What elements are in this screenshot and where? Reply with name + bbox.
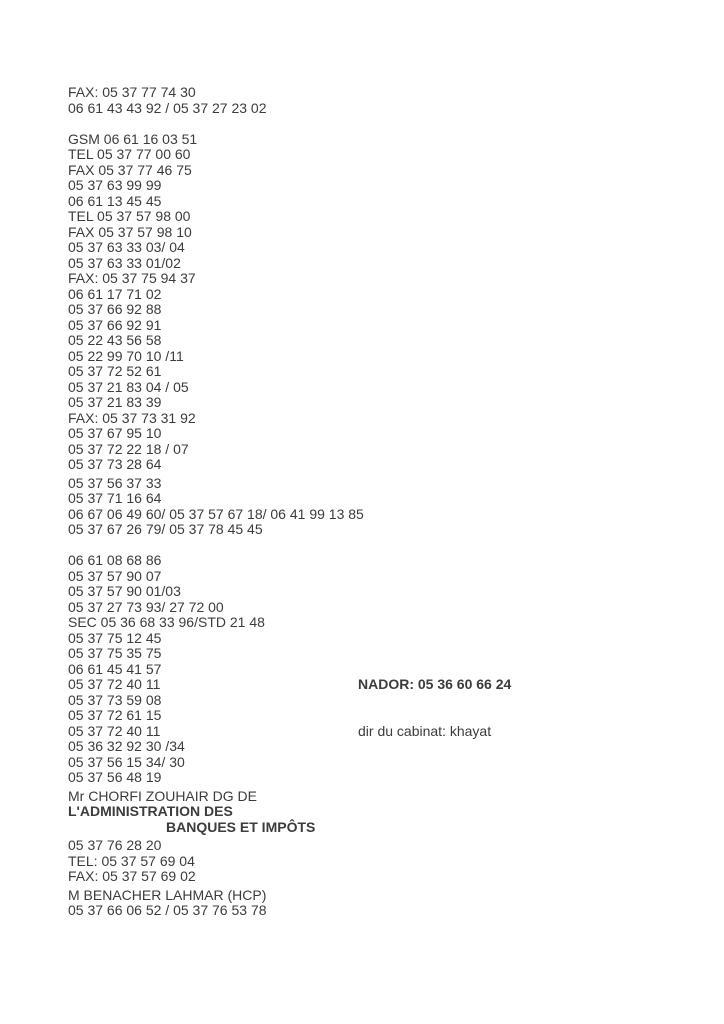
text-line: 06 61 45 41 57 bbox=[68, 662, 698, 678]
text-line: 05 37 27 73 93/ 27 72 00 bbox=[68, 600, 698, 616]
text-line: 05 37 75 35 75 bbox=[68, 646, 698, 662]
text-line-label: 06 61 17 71 02 bbox=[68, 286, 161, 302]
text-line: L'ADMINISTRATION DES bbox=[68, 804, 698, 820]
text-line: 05 37 72 40 11dir du cabinat: khayat bbox=[68, 724, 698, 740]
text-line: 05 37 66 06 52 / 05 37 76 53 78 bbox=[68, 903, 698, 919]
text-line: FAX: 05 37 77 74 30 bbox=[68, 85, 698, 101]
text-line-label: 05 37 75 12 45 bbox=[68, 630, 161, 646]
right-note: NADOR: 05 36 60 66 24 bbox=[358, 677, 511, 693]
text-line-label: 05 37 63 99 99 bbox=[68, 177, 161, 193]
text-line: SEC 05 36 68 33 96/STD 21 48 bbox=[68, 615, 698, 631]
text-line-label: FAX: 05 37 73 31 92 bbox=[68, 410, 196, 426]
text-line: Mr CHORFI ZOUHAIR DG DE bbox=[68, 789, 698, 805]
text-line: M BENACHER LAHMAR (HCP) bbox=[68, 888, 698, 904]
text-line: BANQUES ET IMPÔTS bbox=[68, 820, 698, 836]
text-line: 05 37 63 33 01/02 bbox=[68, 256, 698, 272]
text-line-label: 05 37 57 90 07 bbox=[68, 568, 161, 584]
text-line-label: 05 37 75 35 75 bbox=[68, 645, 161, 661]
text-line: 05 37 76 28 20 bbox=[68, 838, 698, 854]
text-line: FAX: 05 37 73 31 92 bbox=[68, 411, 698, 427]
text-line: 06 61 17 71 02 bbox=[68, 287, 698, 303]
text-line-label: 05 36 32 92 30 /34 bbox=[68, 738, 185, 754]
text-line-label: 05 37 72 40 11 bbox=[68, 723, 160, 739]
text-line-label: 06 61 13 45 45 bbox=[68, 193, 161, 209]
text-line: 05 37 73 28 64 bbox=[68, 457, 698, 473]
right-note: dir du cabinat: khayat bbox=[358, 724, 491, 740]
text-line: 05 37 72 52 61 bbox=[68, 364, 698, 380]
text-line-label: M BENACHER LAHMAR (HCP) bbox=[68, 887, 266, 903]
text-line-label: 05 37 71 16 64 bbox=[68, 490, 161, 506]
text-line: 05 37 57 90 01/03 bbox=[68, 584, 698, 600]
document-page: FAX: 05 37 77 74 3006 61 43 43 92 / 05 3… bbox=[0, 0, 724, 1024]
text-line-label: 06 61 08 68 86 bbox=[68, 552, 161, 568]
text-line-label: 05 37 73 28 64 bbox=[68, 456, 161, 472]
text-line: 05 37 72 40 11NADOR: 05 36 60 66 24 bbox=[68, 677, 698, 693]
text-line-label: 05 37 73 59 08 bbox=[68, 692, 161, 708]
text-line-label: 05 37 66 92 91 bbox=[68, 317, 161, 333]
text-line: TEL 05 37 57 98 00 bbox=[68, 209, 698, 225]
text-line-label: 05 37 72 40 11 bbox=[68, 676, 160, 692]
text-line: 05 37 63 33 03/ 04 bbox=[68, 240, 698, 256]
text-line-label: GSM 06 61 16 03 51 bbox=[68, 131, 197, 147]
text-line: 06 61 13 45 45 bbox=[68, 194, 698, 210]
text-line-label: 05 37 67 95 10 bbox=[68, 425, 161, 441]
text-line: 05 22 43 56 58 bbox=[68, 333, 698, 349]
text-line-label: SEC 05 36 68 33 96/STD 21 48 bbox=[68, 614, 265, 630]
text-line-label: FAX: 05 37 75 94 37 bbox=[68, 270, 196, 286]
text-line-label: TEL 05 37 57 98 00 bbox=[68, 208, 190, 224]
text-line: 05 36 32 92 30 /34 bbox=[68, 739, 698, 755]
text-line: GSM 06 61 16 03 51 bbox=[68, 132, 698, 148]
text-line: 05 37 66 92 88 bbox=[68, 302, 698, 318]
text-line: 05 37 66 92 91 bbox=[68, 318, 698, 334]
text-line-label: 05 37 67 26 79/ 05 37 78 45 45 bbox=[68, 521, 263, 537]
text-line-label: TEL: 05 37 57 69 04 bbox=[68, 853, 195, 869]
text-line-label: 05 37 72 22 18 / 07 bbox=[68, 441, 189, 457]
text-line: FAX 05 37 57 98 10 bbox=[68, 225, 698, 241]
text-line: 05 37 57 90 07 bbox=[68, 569, 698, 585]
text-line-label: 05 37 72 61 15 bbox=[68, 707, 161, 723]
text-line-label: 05 37 76 28 20 bbox=[68, 837, 161, 853]
text-line-label: 05 37 27 73 93/ 27 72 00 bbox=[68, 599, 224, 615]
text-line: 05 37 67 26 79/ 05 37 78 45 45 bbox=[68, 522, 698, 538]
text-line-label: TEL 05 37 77 00 60 bbox=[68, 146, 190, 162]
text-line-label: 05 22 99 70 10 /11 bbox=[68, 348, 184, 364]
text-line-label: 05 37 57 90 01/03 bbox=[68, 583, 181, 599]
text-line: 05 37 67 95 10 bbox=[68, 426, 698, 442]
text-line-label: BANQUES ET IMPÔTS bbox=[166, 819, 315, 835]
text-line-label: 05 37 66 06 52 / 05 37 76 53 78 bbox=[68, 902, 267, 918]
text-line: FAX: 05 37 57 69 02 bbox=[68, 869, 698, 885]
phone-directory-list: FAX: 05 37 77 74 3006 61 43 43 92 / 05 3… bbox=[68, 85, 698, 919]
text-line-label: 05 37 63 33 01/02 bbox=[68, 255, 181, 271]
text-line-label: FAX: 05 37 57 69 02 bbox=[68, 868, 196, 884]
text-line-label: 06 61 45 41 57 bbox=[68, 661, 161, 677]
blank-line bbox=[68, 538, 698, 554]
text-line-label: 06 61 43 43 92 / 05 37 27 23 02 bbox=[68, 100, 267, 116]
blank-line bbox=[68, 116, 698, 132]
text-line: 05 37 75 12 45 bbox=[68, 631, 698, 647]
text-line-label: 05 37 63 33 03/ 04 bbox=[68, 239, 185, 255]
text-line: 05 37 21 83 39 bbox=[68, 395, 698, 411]
text-line: 05 37 56 48 19 bbox=[68, 770, 698, 786]
text-line-label: 06 67 06 49 60/ 05 37 57 67 18/ 06 41 99… bbox=[68, 506, 364, 522]
text-line-label: 05 22 43 56 58 bbox=[68, 332, 161, 348]
text-line: FAX: 05 37 75 94 37 bbox=[68, 271, 698, 287]
text-line: 05 37 72 22 18 / 07 bbox=[68, 442, 698, 458]
text-line-label: 05 37 56 15 34/ 30 bbox=[68, 754, 185, 770]
text-line-label: FAX: 05 37 77 74 30 bbox=[68, 84, 196, 100]
text-line: 05 37 56 37 33 bbox=[68, 476, 698, 492]
text-line: TEL: 05 37 57 69 04 bbox=[68, 854, 698, 870]
text-line-label: 05 37 66 92 88 bbox=[68, 301, 161, 317]
text-line-label: FAX 05 37 77 46 75 bbox=[68, 162, 192, 178]
text-line: 06 67 06 49 60/ 05 37 57 67 18/ 06 41 99… bbox=[68, 507, 698, 523]
text-line: 05 37 71 16 64 bbox=[68, 491, 698, 507]
text-line: 05 37 56 15 34/ 30 bbox=[68, 755, 698, 771]
text-line: 06 61 43 43 92 / 05 37 27 23 02 bbox=[68, 101, 698, 117]
text-line-label: 05 37 56 37 33 bbox=[68, 475, 161, 491]
text-line: 05 37 72 61 15 bbox=[68, 708, 698, 724]
text-line: FAX 05 37 77 46 75 bbox=[68, 163, 698, 179]
text-line-label: FAX 05 37 57 98 10 bbox=[68, 224, 192, 240]
text-line: 05 37 73 59 08 bbox=[68, 693, 698, 709]
text-line-label: 05 37 21 83 04 / 05 bbox=[68, 379, 189, 395]
text-line: 06 61 08 68 86 bbox=[68, 553, 698, 569]
text-line: 05 22 99 70 10 /11 bbox=[68, 349, 698, 365]
text-line: 05 37 63 99 99 bbox=[68, 178, 698, 194]
text-line: TEL 05 37 77 00 60 bbox=[68, 147, 698, 163]
text-line: 05 37 21 83 04 / 05 bbox=[68, 380, 698, 396]
text-line-label: 05 37 21 83 39 bbox=[68, 394, 161, 410]
text-line-label: 05 37 72 52 61 bbox=[68, 363, 161, 379]
text-line-label: L'ADMINISTRATION DES bbox=[68, 803, 233, 819]
text-line-label: 05 37 56 48 19 bbox=[68, 769, 161, 785]
text-line-label: Mr CHORFI ZOUHAIR DG DE bbox=[68, 788, 257, 804]
